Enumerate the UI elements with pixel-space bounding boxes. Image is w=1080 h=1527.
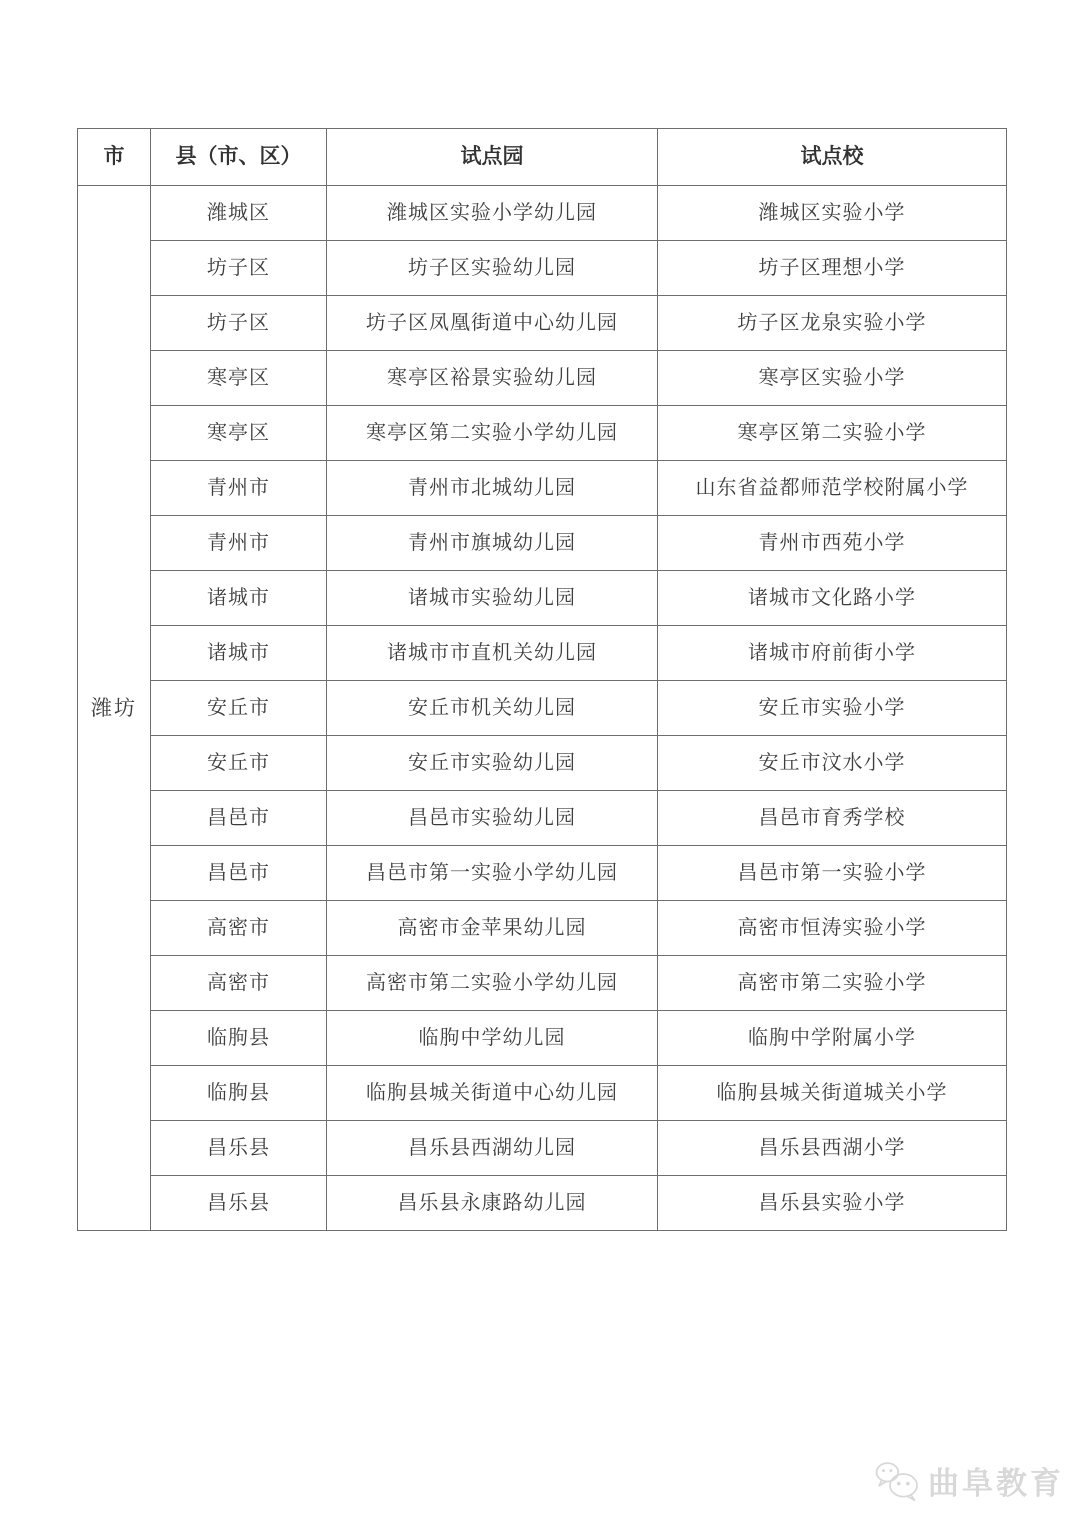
table-row: 临朐县临朐中学幼儿园临朐中学附属小学 [78,1011,1007,1066]
pilot-school-cell: 诸城市文化路小学 [658,571,1007,626]
pilot-kindergarten-cell: 安丘市实验幼儿园 [327,736,658,791]
table-row: 昌乐县昌乐县西湖幼儿园昌乐县西湖小学 [78,1121,1007,1176]
table-row: 诸城市诸城市市直机关幼儿园诸城市府前街小学 [78,626,1007,681]
table-row: 昌乐县昌乐县永康路幼儿园昌乐县实验小学 [78,1176,1007,1231]
pilot-kindergarten-cell: 昌乐县西湖幼儿园 [327,1121,658,1176]
table-row: 坊子区坊子区实验幼儿园坊子区理想小学 [78,241,1007,296]
pilot-kindergarten-cell: 寒亭区裕景实验幼儿园 [327,351,658,406]
header-pilot-kindergarten: 试点园 [327,129,658,186]
county-cell: 坊子区 [151,296,327,351]
pilot-school-cell: 安丘市汶水小学 [658,736,1007,791]
table-body: 潍坊潍城区潍城区实验小学幼儿园潍城区实验小学坊子区坊子区实验幼儿园坊子区理想小学… [78,186,1007,1231]
city-cell: 潍坊 [78,186,151,1231]
county-cell: 昌邑市 [151,846,327,901]
pilot-school-cell: 安丘市实验小学 [658,681,1007,736]
table-row: 寒亭区寒亭区裕景实验幼儿园寒亭区实验小学 [78,351,1007,406]
watermark-label: 曲阜教育 [928,1458,1064,1503]
pilot-school-cell: 坊子区理想小学 [658,241,1007,296]
pilot-school-cell: 寒亭区实验小学 [658,351,1007,406]
table-row: 高密市高密市金苹果幼儿园高密市恒涛实验小学 [78,901,1007,956]
county-cell: 昌邑市 [151,791,327,846]
pilot-school-cell: 昌邑市育秀学校 [658,791,1007,846]
header-pilot-school: 试点校 [658,129,1007,186]
pilot-kindergarten-cell: 潍城区实验小学幼儿园 [327,186,658,241]
table-row: 诸城市诸城市实验幼儿园诸城市文化路小学 [78,571,1007,626]
header-row: 市 县（市、区） 试点园 试点校 [78,129,1007,186]
pilot-school-cell: 临朐县城关街道城关小学 [658,1066,1007,1121]
table-row: 安丘市安丘市机关幼儿园安丘市实验小学 [78,681,1007,736]
pilot-school-cell: 寒亭区第二实验小学 [658,406,1007,461]
county-cell: 临朐县 [151,1011,327,1066]
pilot-kindergarten-cell: 昌邑市实验幼儿园 [327,791,658,846]
table-row: 青州市青州市北城幼儿园山东省益都师范学校附属小学 [78,461,1007,516]
county-cell: 安丘市 [151,736,327,791]
county-cell: 昌乐县 [151,1121,327,1176]
pilot-kindergarten-cell: 诸城市实验幼儿园 [327,571,658,626]
pilot-school-cell: 临朐中学附属小学 [658,1011,1007,1066]
pilot-kindergarten-cell: 安丘市机关幼儿园 [327,681,658,736]
county-cell: 昌乐县 [151,1176,327,1231]
pilot-school-cell: 青州市西苑小学 [658,516,1007,571]
county-cell: 安丘市 [151,681,327,736]
county-cell: 高密市 [151,901,327,956]
table-row: 青州市青州市旗城幼儿园青州市西苑小学 [78,516,1007,571]
pilot-school-cell: 昌乐县实验小学 [658,1176,1007,1231]
table-row: 高密市高密市第二实验小学幼儿园高密市第二实验小学 [78,956,1007,1011]
table-row: 潍坊潍城区潍城区实验小学幼儿园潍城区实验小学 [78,186,1007,241]
table-row: 昌邑市昌邑市第一实验小学幼儿园昌邑市第一实验小学 [78,846,1007,901]
pilot-school-cell: 高密市第二实验小学 [658,956,1007,1011]
pilot-kindergarten-cell: 坊子区凤凰街道中心幼儿园 [327,296,658,351]
county-cell: 青州市 [151,461,327,516]
county-cell: 寒亭区 [151,351,327,406]
pilot-kindergarten-cell: 高密市第二实验小学幼儿园 [327,956,658,1011]
pilot-school-cell: 潍城区实验小学 [658,186,1007,241]
pilot-school-cell: 昌乐县西湖小学 [658,1121,1007,1176]
pilot-schools-table-container: 市 县（市、区） 试点园 试点校 潍坊潍城区潍城区实验小学幼儿园潍城区实验小学坊… [77,128,1006,1231]
table-row: 寒亭区寒亭区第二实验小学幼儿园寒亭区第二实验小学 [78,406,1007,461]
watermark: 曲阜教育 [874,1458,1064,1503]
pilot-schools-table: 市 县（市、区） 试点园 试点校 潍坊潍城区潍城区实验小学幼儿园潍城区实验小学坊… [77,128,1007,1231]
wechat-icon [874,1461,920,1501]
county-cell: 诸城市 [151,626,327,681]
pilot-kindergarten-cell: 临朐中学幼儿园 [327,1011,658,1066]
table-row: 安丘市安丘市实验幼儿园安丘市汶水小学 [78,736,1007,791]
pilot-school-cell: 高密市恒涛实验小学 [658,901,1007,956]
pilot-kindergarten-cell: 坊子区实验幼儿园 [327,241,658,296]
pilot-school-cell: 昌邑市第一实验小学 [658,846,1007,901]
county-cell: 高密市 [151,956,327,1011]
table-row: 临朐县临朐县城关街道中心幼儿园临朐县城关街道城关小学 [78,1066,1007,1121]
header-city: 市 [78,129,151,186]
pilot-school-cell: 诸城市府前街小学 [658,626,1007,681]
header-county: 县（市、区） [151,129,327,186]
county-cell: 坊子区 [151,241,327,296]
page: { "table": { "headers": ["市", "县（市、区）", … [0,0,1080,1527]
pilot-kindergarten-cell: 昌邑市第一实验小学幼儿园 [327,846,658,901]
pilot-kindergarten-cell: 高密市金苹果幼儿园 [327,901,658,956]
county-cell: 寒亭区 [151,406,327,461]
county-cell: 临朐县 [151,1066,327,1121]
county-cell: 青州市 [151,516,327,571]
pilot-school-cell: 坊子区龙泉实验小学 [658,296,1007,351]
table-header: 市 县（市、区） 试点园 试点校 [78,129,1007,186]
pilot-kindergarten-cell: 临朐县城关街道中心幼儿园 [327,1066,658,1121]
pilot-kindergarten-cell: 诸城市市直机关幼儿园 [327,626,658,681]
table-row: 昌邑市昌邑市实验幼儿园昌邑市育秀学校 [78,791,1007,846]
county-cell: 潍城区 [151,186,327,241]
pilot-kindergarten-cell: 寒亭区第二实验小学幼儿园 [327,406,658,461]
pilot-kindergarten-cell: 青州市北城幼儿园 [327,461,658,516]
pilot-kindergarten-cell: 昌乐县永康路幼儿园 [327,1176,658,1231]
pilot-kindergarten-cell: 青州市旗城幼儿园 [327,516,658,571]
county-cell: 诸城市 [151,571,327,626]
pilot-school-cell: 山东省益都师范学校附属小学 [658,461,1007,516]
table-row: 坊子区坊子区凤凰街道中心幼儿园坊子区龙泉实验小学 [78,296,1007,351]
